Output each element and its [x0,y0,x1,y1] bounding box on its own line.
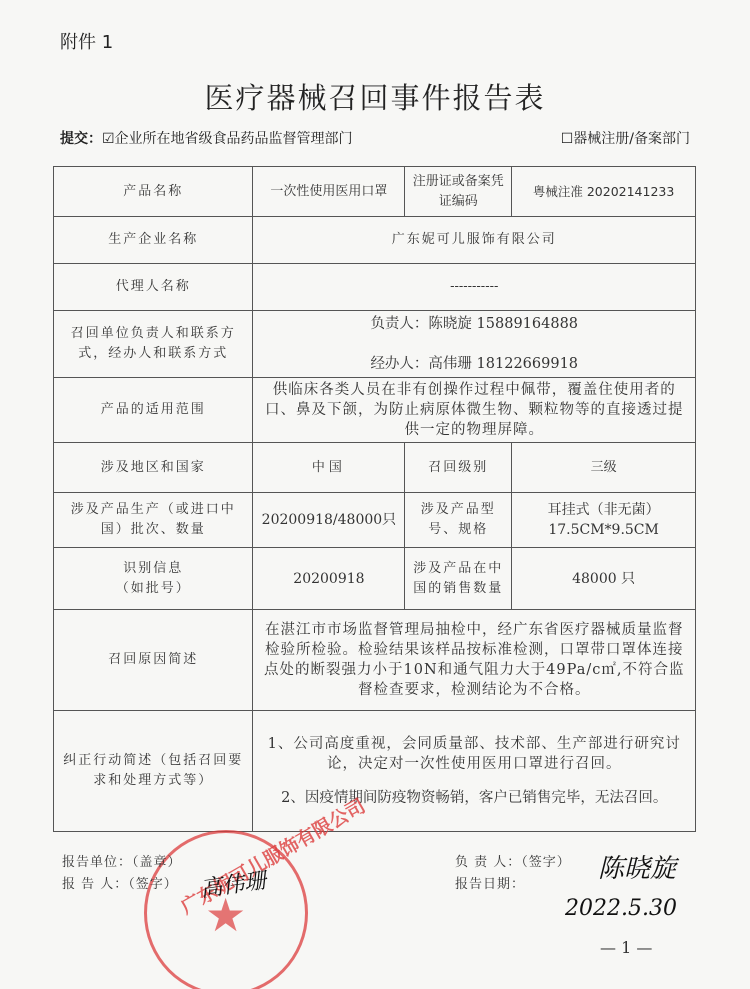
manufacturer-label: 生产企业名称 [54,217,253,264]
id-label-line-1: 识别信息 [60,559,246,579]
report-date-value: 2022.5.30 [565,896,677,921]
row-scope: 产品的适用范围 供临床各类人员在非有创操作过程中佩带，覆盖住使用者的口、鼻及下颌… [54,378,696,443]
recall-level-label: 召回级别 [405,443,512,493]
handler-person: 经办人：高伟珊 18122669918 [259,353,689,375]
id-label-line-2: （如批号） [60,579,246,599]
submit-to-row: 提交：☑企业所在地省级食品药品监督管理部门 ☐器械注册/备案部门 [60,128,690,148]
action-label: 纠正行动简述（包括召回要求和处理方式等） [54,711,253,832]
agent-value: ----------- [253,264,696,311]
batch-value: 20200918/48000只 [253,493,405,548]
responsible-signature: 陈晓旋 [598,848,676,885]
region-value: 中国 [253,443,405,493]
row-identification: 识别信息 （如批号） 20200918 涉及产品在中国的销售数量 48000 只 [54,548,696,610]
row-contacts: 召回单位负责人和联系方式，经办人和联系方式 负责人：陈晓旋 1588916488… [54,311,696,378]
row-action: 纠正行动简述（包括召回要求和处理方式等） 1、公司高度重视，会同质量部、技术部、… [54,711,696,832]
row-region: 涉及地区和国家 中国 召回级别 三级 [54,443,696,493]
action-item-2: 2、因疫情期间防疫物资畅销，客户已销售完毕，无法召回。 [259,788,689,808]
row-product-name: 产品名称 一次性使用医用口罩 注册证或备案凭证编码 粤械注准 202021412… [54,167,696,217]
page-number: — 1 — [600,938,652,957]
row-manufacturer: 生产企业名称 广东妮可儿服饰有限公司 [54,217,696,264]
attachment-label: 附件 1 [60,28,113,54]
product-name-label: 产品名称 [54,167,253,217]
reg-cert-label: 注册证或备案凭证编码 [405,167,512,217]
report-unit-label: 报告单位：（盖章） [62,852,182,874]
responsible-label: 负 责 人：（签字） [455,852,571,874]
model-line-1: 耳挂式（非无菌） [518,500,689,520]
sales-label: 涉及产品在中国的销售数量 [405,548,512,610]
checkbox-provincial[interactable]: ☑企业所在地省级食品药品监督管理部门 [102,131,353,147]
row-agent: 代理人名称 ----------- [54,264,696,311]
submit-label: 提交： [60,131,102,147]
scope-value: 供临床各类人员在非有创操作过程中佩带，覆盖住使用者的口、鼻及下颌，为防止病原体微… [253,378,696,443]
product-name-value: 一次性使用医用口罩 [253,167,405,217]
contacts-label: 召回单位负责人和联系方式，经办人和联系方式 [54,311,253,378]
footer-left: 报告单位：（盖章） 报 告 人：（签字） [62,852,182,896]
reporter-label: 报 告 人：（签字） [62,874,182,896]
report-date-label: 报告日期： [455,874,571,896]
checkbox-registration[interactable]: ☐器械注册/备案部门 [561,128,690,148]
row-batch: 涉及产品生产（或进口中国）批次、数量 20200918/48000只 涉及产品型… [54,493,696,548]
reason-label: 召回原因简述 [54,610,253,711]
batch-label: 涉及产品生产（或进口中国）批次、数量 [54,493,253,548]
manufacturer-value: 广东妮可儿服饰有限公司 [253,217,696,264]
id-value: 20200918 [253,548,405,610]
contacts-value: 负责人：陈晓旋 15889164888 经办人：高伟珊 18122669918 [253,311,696,378]
model-line-2: 17.5CM*9.5CM [518,520,689,540]
model-label: 涉及产品型号、规格 [405,493,512,548]
action-item-1: 1、公司高度重视，会同质量部、技术部、生产部进行研究讨论，决定对一次性使用医用口… [259,734,689,774]
reg-cert-value: 粤械注准 20202141233 [512,167,696,217]
scope-label: 产品的适用范围 [54,378,253,443]
agent-label: 代理人名称 [54,264,253,311]
row-reason: 召回原因简述 在湛江市市场监督管理局抽检中，经广东省医疗器械质量监督检验所检验。… [54,610,696,711]
recall-level-value: 三级 [512,443,696,493]
model-value: 耳挂式（非无菌） 17.5CM*9.5CM [512,493,696,548]
reason-value: 在湛江市市场监督管理局抽检中，经广东省医疗器械质量监督检验所检验。检验结果该样品… [253,610,696,711]
recall-report-table: 产品名称 一次性使用医用口罩 注册证或备案凭证编码 粤械注准 202021412… [53,166,696,832]
id-label: 识别信息 （如批号） [54,548,253,610]
submit-provincial: 提交：☑企业所在地省级食品药品监督管理部门 [60,128,353,148]
sales-value: 48000 只 [512,548,696,610]
page-title: 医疗器械召回事件报告表 [0,76,750,117]
footer-right: 负 责 人：（签字） 报告日期： [455,852,571,896]
responsible-person: 负责人：陈晓旋 15889164888 [259,313,689,335]
region-label: 涉及地区和国家 [54,443,253,493]
